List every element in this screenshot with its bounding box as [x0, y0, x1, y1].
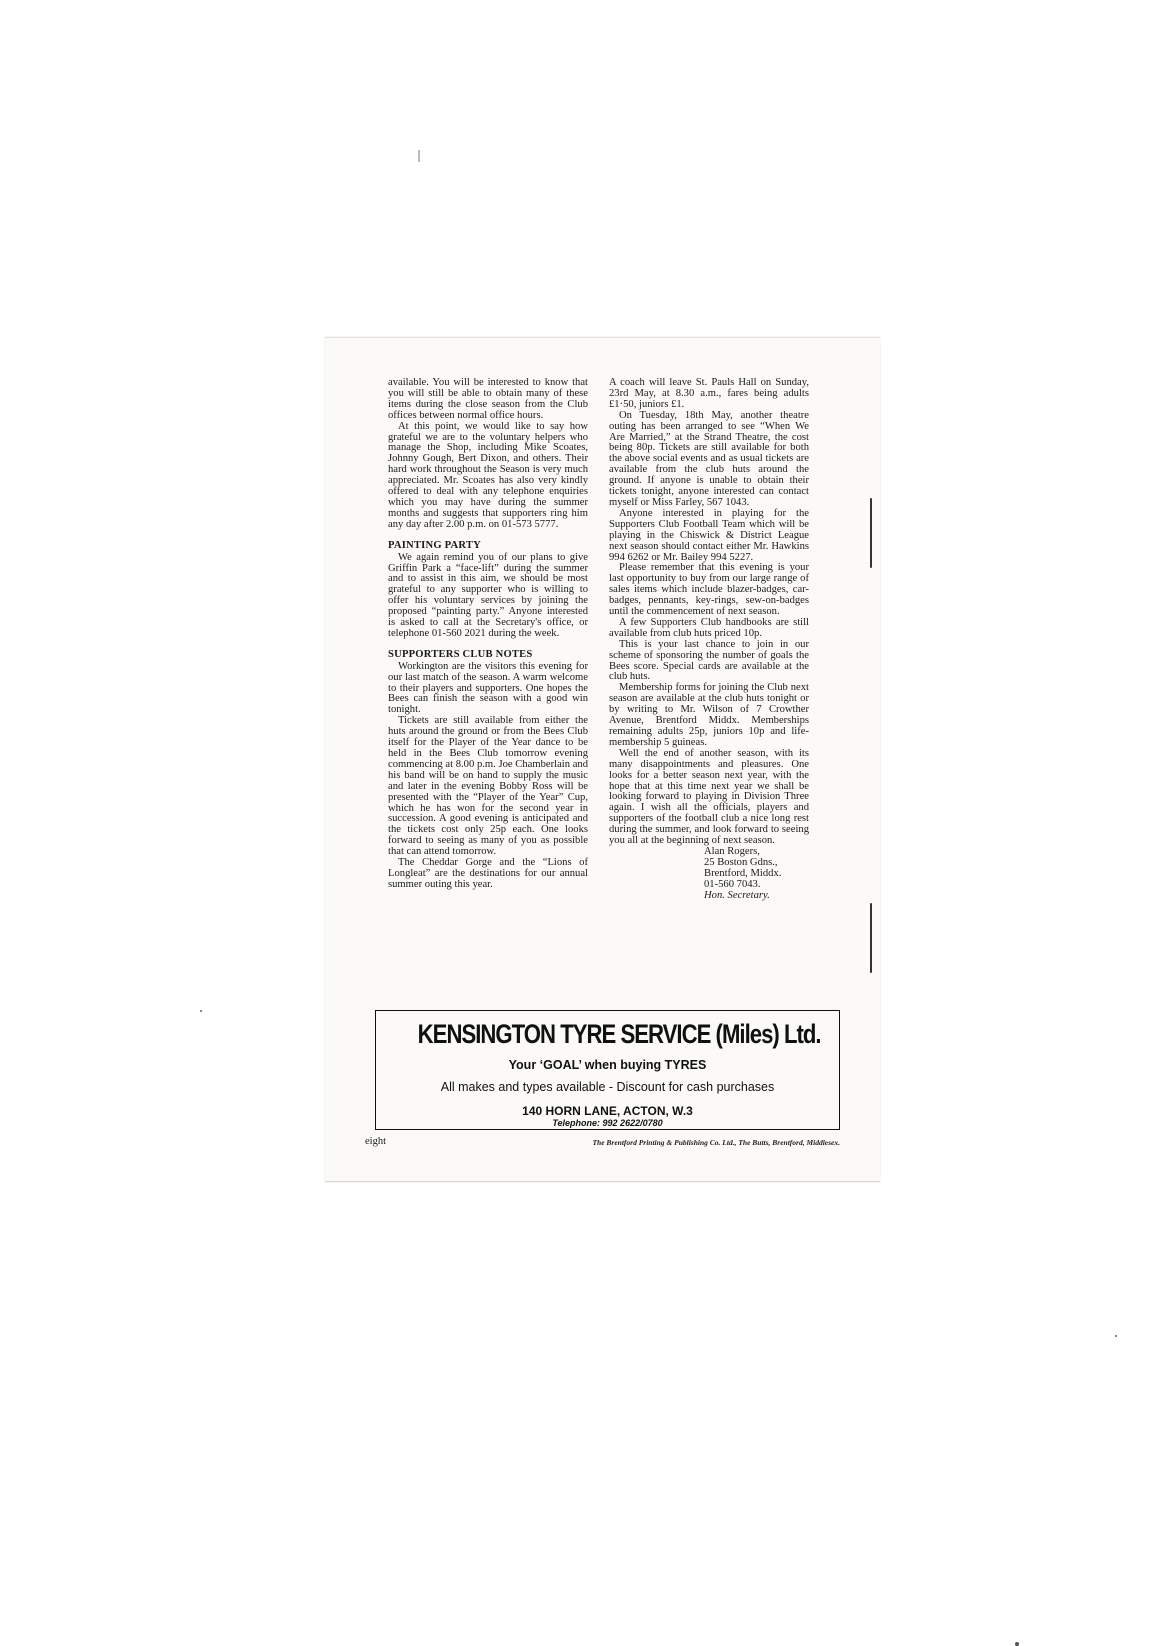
left-column: available. You will be interested to kno…: [388, 378, 588, 891]
paragraph: This is your last chance to join in our …: [609, 640, 809, 684]
section-heading-painting-party: PAINTING PARTY: [388, 541, 588, 552]
page-number: eight: [365, 1136, 386, 1147]
paragraph: A coach will leave St. Pauls Hall on Sun…: [609, 378, 809, 411]
paragraph: On Tuesday, 18th May, another theatre ou…: [609, 411, 809, 509]
paragraph: Workington are the visitors this evening…: [388, 662, 588, 717]
ad-subline: All makes and types available - Discount…: [376, 1080, 839, 1094]
ad-address: 140 HORN LANE, ACTON, W.3: [376, 1104, 839, 1118]
binding-staple-bottom: [870, 903, 872, 973]
scan-speck: [1115, 1335, 1117, 1337]
paragraph: Anyone interested in playing for the Sup…: [609, 509, 809, 564]
signature-title: Hon. Secretary.: [704, 891, 809, 902]
ad-headline: KENSINGTON TYRE SERVICE (Miles) Ltd.: [418, 1019, 798, 1050]
tyre-service-advertisement: KENSINGTON TYRE SERVICE (Miles) Ltd. You…: [375, 1010, 840, 1130]
programme-page: available. You will be interested to kno…: [325, 337, 880, 1182]
scan-speck: [418, 150, 420, 162]
signature-phone: 01-560 7043.: [704, 880, 809, 891]
scan-speck: [1015, 1642, 1019, 1646]
paragraph: Please remember that this evening is you…: [609, 563, 809, 618]
ad-telephone: Telephone: 992 2622/0780: [376, 1118, 839, 1128]
paragraph: We again remind you of our plans to give…: [388, 553, 588, 640]
paragraph: Membership forms for joining the Club ne…: [609, 683, 809, 748]
right-column: A coach will leave St. Pauls Hall on Sun…: [609, 378, 809, 902]
paragraph: At this point, we would like to say how …: [388, 422, 588, 531]
binding-staple-top: [870, 498, 872, 568]
paragraph: Tickets are still available from either …: [388, 716, 588, 858]
paragraph: available. You will be interested to kno…: [388, 378, 588, 422]
paragraph: The Cheddar Gorge and the “Lions of Long…: [388, 858, 588, 891]
signature-block: Alan Rogers, 25 Boston Gdns., Brentford,…: [609, 847, 809, 902]
scan-speck: [200, 1010, 202, 1012]
paragraph: Well the end of another season, with its…: [609, 749, 809, 847]
paragraph: A few Supporters Club handbooks are stil…: [609, 618, 809, 640]
printer-credit: The Brentford Printing & Publishing Co. …: [592, 1138, 840, 1147]
section-heading-supporters-club-notes: SUPPORTERS CLUB NOTES: [388, 650, 588, 661]
ad-tagline: Your ‘GOAL’ when buying TYRES: [376, 1058, 839, 1072]
